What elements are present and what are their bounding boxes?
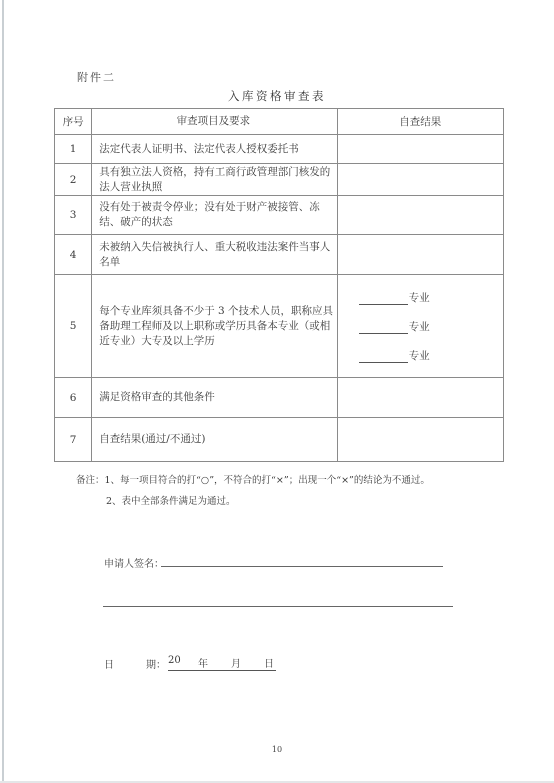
remark-1: 备注：1、每一项目符合的打“○”，不符合的打“×”；出现一个“×”的结论为不通过… — [76, 470, 430, 491]
table-row: 1 法定代表人证明书、法定代表人授权委托书 — [55, 135, 504, 164]
row-number: 4 — [55, 235, 92, 275]
row-requirement: 自查结果(通过/不通过) — [92, 418, 337, 462]
header-self-check-result: 自查结果 — [337, 109, 503, 135]
row-result-cell[interactable] — [337, 164, 503, 196]
table-row: 6 满足资格审查的其他条件 — [55, 378, 504, 418]
date-label-char-2: 期： — [146, 656, 166, 671]
row-requirement: 具有独立法人资格，持有工商行政管理部门核发的法人营业执照 — [92, 164, 337, 196]
specialty-suffix: 专业 — [409, 290, 430, 305]
specialty-blank-input[interactable] — [359, 322, 408, 334]
row-number: 5 — [55, 275, 92, 378]
row-requirement: 法定代表人证明书、法定代表人授权委托书 — [92, 135, 337, 164]
date-month-unit: 月 — [231, 655, 264, 670]
row-number: 1 — [55, 135, 92, 164]
remark-2: 2、表中全部条件满足为通过。 — [76, 491, 430, 512]
applicant-signature-label: 申请人签名： — [104, 555, 164, 570]
date-day-unit: 日 — [264, 655, 276, 670]
specialty-blank-input[interactable] — [359, 351, 408, 363]
row-requirement: 满足资格审查的其他条件 — [92, 378, 337, 418]
table-row: 7 自查结果(通过/不通过) — [55, 418, 504, 462]
row-result-cell[interactable] — [337, 196, 503, 235]
row-number: 7 — [55, 418, 92, 462]
table-row: 3 没有处于被责令停业；没有处于财产被接管、冻结、破产的状态 — [55, 196, 504, 235]
scan-page-edge — [2, 0, 4, 783]
row-result-cell[interactable] — [337, 378, 503, 418]
specialty-blank-input[interactable] — [359, 293, 408, 305]
date-year-unit: 年 — [198, 655, 231, 670]
row-requirement: 没有处于被责令停业；没有处于财产被接管、冻结、破产的状态 — [92, 196, 337, 235]
date-row: 日 期： 20 年 月 日 — [104, 655, 276, 671]
specialty-field: 专业 — [359, 290, 503, 305]
date-field[interactable]: 20 年 月 日 — [168, 655, 276, 671]
specialty-field: 专业 — [359, 348, 503, 363]
table-header-row: 序号 审查项目及要求 自查结果 — [55, 109, 504, 135]
qualification-review-table: 序号 审查项目及要求 自查结果 1 法定代表人证明书、法定代表人授权委托书 2 … — [54, 108, 504, 462]
specialty-result-cell: 专业 专业 专业 — [337, 275, 503, 378]
row-number: 2 — [55, 164, 92, 196]
row-result-cell[interactable] — [337, 235, 503, 275]
header-serial-number: 序号 — [55, 109, 92, 135]
row-requirement: 每个专业库须具备不少于 3 个技术人员，职称应具备助理工程师及以上职称或学历具备… — [92, 275, 337, 378]
row-number: 3 — [55, 196, 92, 235]
row-number: 6 — [55, 378, 92, 418]
specialty-field-list: 专业 专业 专业 — [338, 290, 503, 363]
applicant-signature-field[interactable] — [161, 566, 443, 567]
row-result-cell[interactable] — [337, 135, 503, 164]
row-requirement: 未被纳入失信被执行人、重大税收违法案件当事人名单 — [92, 235, 337, 275]
table-row: 4 未被纳入失信被执行人、重大税收违法案件当事人名单 — [55, 235, 504, 275]
specialty-field: 专业 — [359, 319, 503, 334]
date-year-prefix: 20 — [168, 655, 198, 670]
row-result-cell[interactable] — [337, 418, 503, 462]
table-row: 5 每个专业库须具备不少于 3 个技术人员，职称应具备助理工程师及以上职称或学历… — [55, 275, 504, 378]
date-label-char-1: 日 — [104, 656, 146, 671]
specialty-suffix: 专业 — [409, 319, 430, 334]
page-number: 10 — [0, 745, 554, 754]
remarks: 备注：1、每一项目符合的打“○”，不符合的打“×”；出现一个“×”的结论为不通过… — [76, 470, 430, 512]
specialty-suffix: 专业 — [409, 348, 430, 363]
document-title: 入库资格审查表 — [0, 88, 554, 104]
table-row: 2 具有独立法人资格，持有工商行政管理部门核发的法人营业执照 — [55, 164, 504, 196]
attachment-label: 附件二 — [77, 69, 116, 85]
additional-signature-line[interactable] — [103, 606, 453, 607]
header-review-item: 审查项目及要求 — [92, 109, 337, 135]
